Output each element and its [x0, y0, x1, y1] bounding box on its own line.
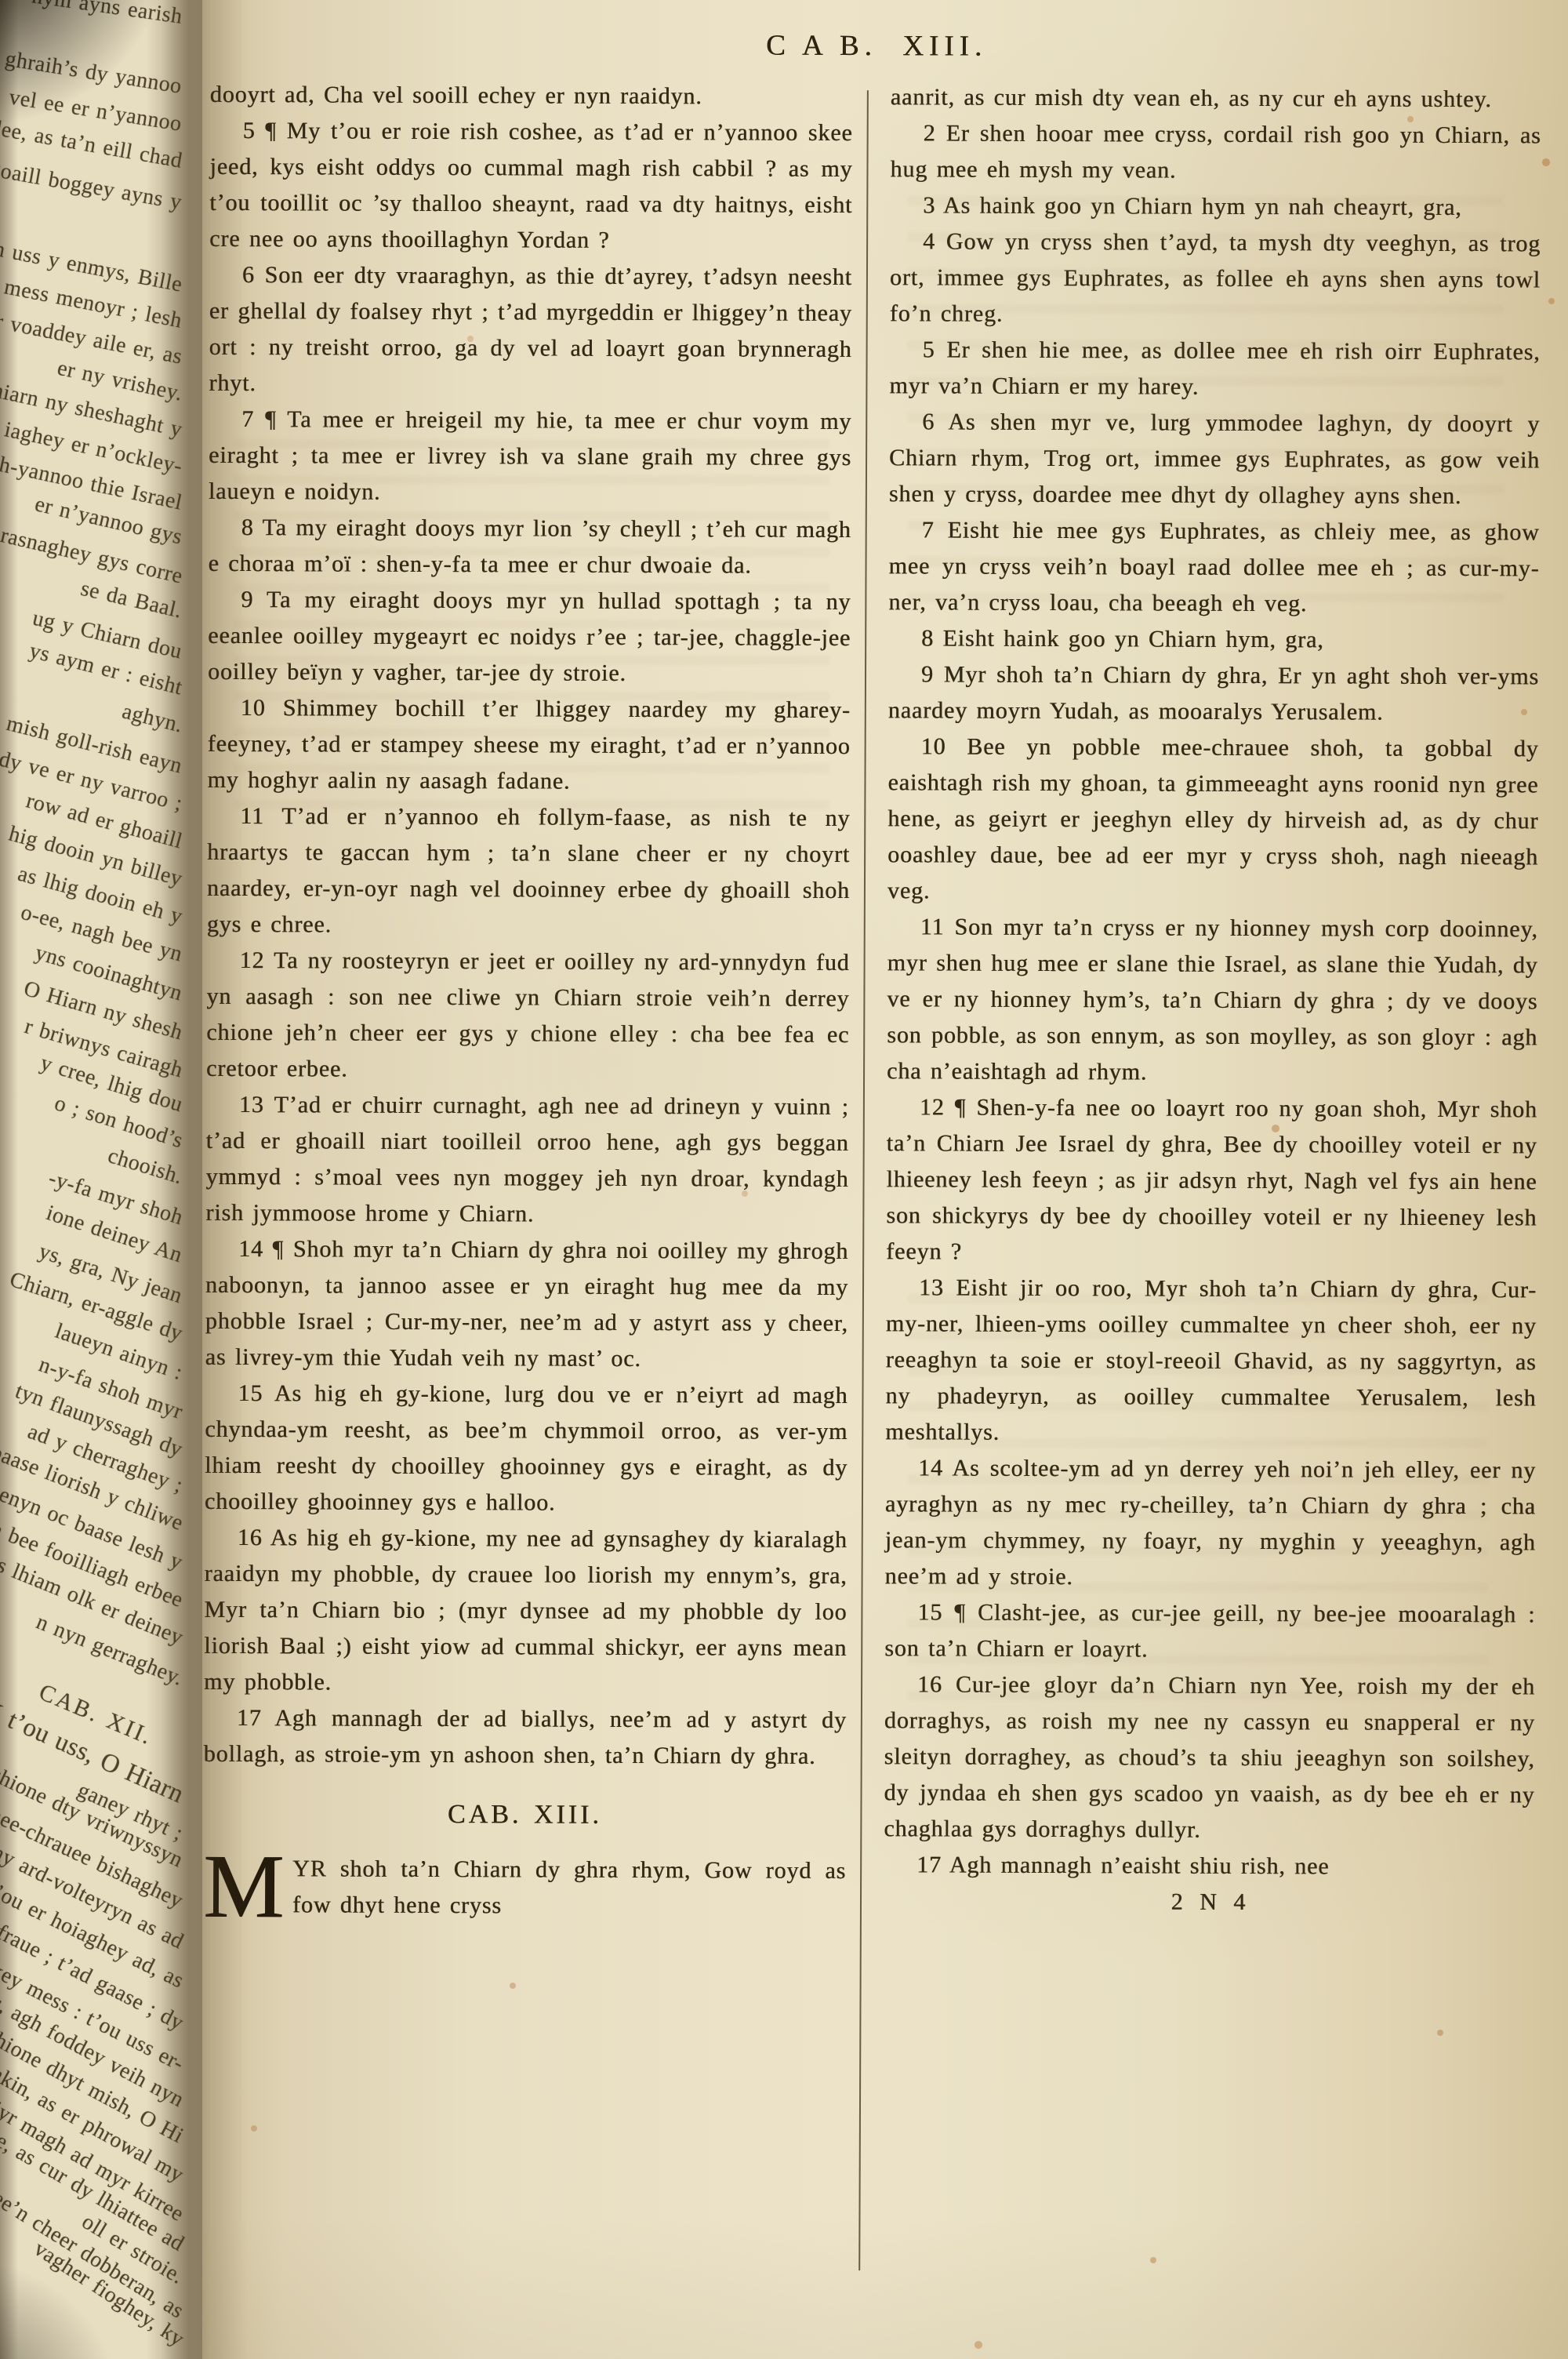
facing-page-text-fragment: : eiyr magh ad myr kirree — [0, 2085, 188, 2227]
chapter-heading: CAB. XIII. — [203, 1796, 846, 1834]
facing-page-text-fragment: vagher fioghey, ky — [29, 2237, 189, 2353]
facing-page-text-fragment: rasnaghey gys corre — [0, 523, 185, 590]
facing-page-text-fragment: as lhig dooin eh y — [15, 862, 185, 930]
facing-page-text-fragment: se da Baal. — [78, 576, 184, 624]
facing-page-text-fragment: hig dooin yn billey — [6, 822, 185, 892]
facing-page-text-fragment: iaghey er n’ockley- — [2, 417, 185, 479]
facing-page-text-fragment: e, as cur dy lhiattee ad — [0, 2128, 188, 2257]
right-column: aanrit, as cur mish dty vean eh, as ny c… — [884, 79, 1541, 1921]
verse-5: 5 Er shen hie mee, as dollee mee eh rish… — [889, 332, 1540, 406]
facing-page-text-fragment: dy ve er ny varroo ; — [0, 747, 185, 816]
verse-continuation: aanrit, as cur mish dty vean eh, as ny c… — [891, 79, 1541, 118]
verse-6: 6 As shen myr ve, lurg ymmodee laghyn, d… — [889, 404, 1541, 514]
verse-5: 5 ¶ My t’ou er roie rish coshee, as t’ad… — [209, 113, 853, 260]
facing-page-text-fragment: oc, agh foddey veih nyn — [0, 1984, 188, 2113]
facing-page-text-fragment: ad y cherraghey ; — [24, 1419, 186, 1499]
verse-7: 7 ¶ Ta mee er hreigeil my hie, ta mee er… — [209, 402, 852, 512]
verse-11: 11 Son myr ta’n cryss er ny hionney mysh… — [887, 909, 1538, 1092]
facing-page-text-fragment: n-y-fa shoh myr — [35, 1352, 186, 1425]
facing-page-text-fragment: h-yannoo thie Israel — [0, 453, 184, 516]
facing-page-text-fragment: chooish. — [104, 1143, 185, 1190]
verse-10: 10 Bee yn pobble mee-chrauee shoh, ta go… — [887, 729, 1539, 911]
verse-3: 3 As haink goo yn Chiarn hym yn nah chea… — [890, 187, 1541, 226]
facing-page-text-fragment: mish goll-rish eayn — [4, 711, 185, 780]
facing-page-text-fragment: yns cooinaghtyn — [32, 940, 185, 1006]
facing-page-text-fragment: y cree, lhig dou — [37, 1051, 185, 1118]
facing-page-text-fragment: ys aym er : eisht — [27, 638, 185, 700]
page-content: C A B. XIII. dooyrt ad, Cha vel sooill e… — [194, 0, 1568, 2359]
verse-12: 12 ¶ Shen-y-fa nee oo loayrt roo ny goan… — [886, 1089, 1537, 1272]
facing-page-text-fragment: yrkey mess : t’ou uss er- — [0, 1949, 187, 2077]
facing-page-text-fragment: vel ee er n’yannoo — [8, 85, 184, 136]
facing-page-text-fragment: RICK t’ou uss, O Hiarn — [0, 1677, 188, 1809]
verse-17: 17 Agh mannagh der ad biallys, nee’m ad … — [204, 1700, 847, 1775]
verse-14: 14 As scoltee-ym ad yn derrey yeh noi’n … — [885, 1450, 1537, 1597]
column-divider-rule — [858, 90, 869, 2270]
facing-page-text-fragment: yms lhiam olk er deiney — [0, 1542, 187, 1650]
facing-page-text-fragment: n nyn gerraghey. — [32, 1610, 187, 1692]
verse-7: 7 Eisht hie mee gys Euphrates, as chleiy… — [888, 512, 1540, 623]
chapter-opening-text: YR shoh ta’n Chiarn dy ghra rhym, Gow ro… — [292, 1856, 846, 1918]
facing-page-text-fragment: y ghraih’s dy yannoo — [0, 44, 184, 100]
verse-4: 4 Gow yn cryss shen t’ayd, ta mysh dty v… — [890, 224, 1541, 334]
verse-17: 17 Agh mannagh n’eaisht shiu rish, nee — [884, 1847, 1534, 1885]
verse-9: 9 Ta my eiraght dooys myr yn hullad spot… — [208, 582, 851, 692]
facing-page-text-fragment: ganey rhyt ; — [74, 1778, 187, 1847]
facing-page-text-fragment: akin, as er phrowal my — [0, 2062, 188, 2188]
verse-6: 6 Son eer dty vraaraghyn, as thie dt’ayr… — [209, 257, 852, 404]
drop-cap: M — [203, 1851, 292, 1921]
running-head: C A B. XIII. — [210, 27, 1543, 66]
facing-page-text-fragment: o ; son hood’s — [51, 1091, 185, 1154]
verse-16: 16 Cur-jee gloyr da’n Chiarn nyn Yee, ro… — [884, 1667, 1535, 1849]
verse-16: 16 As hig eh gy-kione, my nee ad gynsagh… — [204, 1520, 848, 1703]
facing-page-text-fragment: r voaddey aile er, as — [0, 309, 184, 370]
facing-page-text-fragment: hiarn ny sheshaght y — [0, 378, 184, 443]
verse-8: 8 Ta my eiraght dooys myr lion ’sy cheyl… — [208, 510, 851, 584]
facing-page-text-fragment: ley ny ard-volteyryn as ad — [0, 1824, 187, 1954]
facing-page-text-fragment: ’ou er hoiaghey ad, as — [0, 1880, 187, 1994]
facing-page-text-fragment: oll er stroie. — [78, 2209, 188, 2289]
verse-11: 11 T’ad er n’yannoo eh follym-faase, as … — [207, 798, 851, 945]
facing-page-text-fragment: o-ee, nagh bee yn — [18, 900, 185, 968]
facing-page-text-fragment: s cha bee fooilliagh erbee — [0, 1503, 187, 1613]
facing-page-text-fragment: tyn flaunyssagh dy — [13, 1379, 187, 1463]
facing-page-text-fragment: O Hiarn ny shesh — [20, 976, 185, 1045]
signature-mark: 2 N 4 — [884, 1883, 1534, 1921]
verse-13: 13 T’ad er chuirr curnaght, agh nee ad d… — [205, 1087, 849, 1234]
facing-page-edge: nym ayns earish y ghraih’s dy yannoo vel… — [0, 0, 202, 2359]
facing-page-text-fragment: aghyn. — [119, 699, 185, 738]
facing-page-text-fragment: heenyn oc baase lesh y — [0, 1474, 187, 1576]
facing-page-text-fragment: nym ayns earish — [30, 0, 183, 30]
verse-2: 2 Er shen hooar mee cryss, cordail rish … — [890, 115, 1541, 190]
facing-page-text-fragment: -y-fa myr shoh — [45, 1166, 186, 1230]
facing-page-text-fragment: dee, as ta’n eill chad — [0, 115, 184, 174]
verse-9: 9 Myr shoh ta’n Chiarn dy ghra, Er yn ag… — [888, 656, 1539, 731]
verse-14: 14 ¶ Shoh myr ta’n Chiarn dy ghra noi oo… — [205, 1231, 849, 1378]
facing-page-text-fragment: Agh shione dhyt mish, O Hi — [0, 2002, 188, 2149]
verse-15: 15 ¶ Clasht-jee, as cur-jee geill, ny be… — [884, 1594, 1535, 1669]
chapter-opening: MYR shoh ta’n Chiarn dy ghra rhym, Gow r… — [203, 1851, 846, 1925]
facing-page-text-fragment: ys, gra, Ny jean — [36, 1239, 186, 1309]
facing-page-text-fragment: laueyn ainyn : — [52, 1319, 186, 1386]
verse-15: 15 As hig eh gy-kione, lurg dou ve er n’… — [205, 1376, 848, 1522]
facing-page-text-fragment: er n’yannoo gys — [32, 492, 184, 550]
facing-page-text-fragment: baase liorish y chliwe — [0, 1440, 187, 1536]
facing-page-text-fragment: arn uss y enmys, Bille — [0, 233, 184, 297]
facing-page-text-fragment: goaill boggey ayns y — [0, 157, 184, 216]
facing-page-text-fragment: ione deiney An — [43, 1201, 186, 1268]
page: C A B. XIII. dooyrt ad, Cha vel sooill e… — [202, 0, 1568, 2359]
facing-page-chapter-heading: CAB. XII. — [35, 1679, 158, 1751]
facing-page-text-fragment: Chiarn, er-aggle dy — [6, 1267, 185, 1347]
verse-continuation: dooyrt ad, Cha vel sooill echey er nyn r… — [210, 77, 853, 115]
facing-page-text-fragment: sh mess menoyr ; lesh — [0, 270, 184, 334]
scanned-book-page: nym ayns earish y ghraih’s dy yannoo vel… — [0, 0, 1568, 2359]
verse-10: 10 Shimmey bochill t’er lhiggey naardey … — [207, 690, 851, 801]
facing-page-text-fragment: l fraue ; t’ad gaase ; dy — [0, 1914, 187, 2036]
facing-page-text-fragment: id nee’n cheer dobberan, as — [0, 2166, 188, 2324]
verse-8: 8 Eisht haink goo yn Chiarn hym, gra, — [888, 620, 1539, 659]
facing-page-text-fragment: ug y Chiarn dou — [31, 606, 185, 665]
facing-page-text-fragment: r briwnys cairagh — [21, 1014, 185, 1083]
left-column: dooyrt ad, Cha vel sooill echey er nyn r… — [203, 77, 853, 1925]
facing-page-text-fragment: row ad er ghoaill — [24, 788, 185, 854]
verse-12: 12 Ta ny roosteyryn er jeet er ooilley n… — [206, 943, 850, 1089]
verse-13: 13 Eisht jir oo roo, Myr shoh ta’n Chiar… — [885, 1270, 1537, 1452]
facing-page-text-fragment: ny mee-chrauee bishaghey — [0, 1787, 187, 1914]
facing-page-text-fragment: er ny vrishey. — [55, 356, 184, 407]
facing-page-text-fragment: ychione dty vriwnyssyn — [0, 1757, 187, 1873]
